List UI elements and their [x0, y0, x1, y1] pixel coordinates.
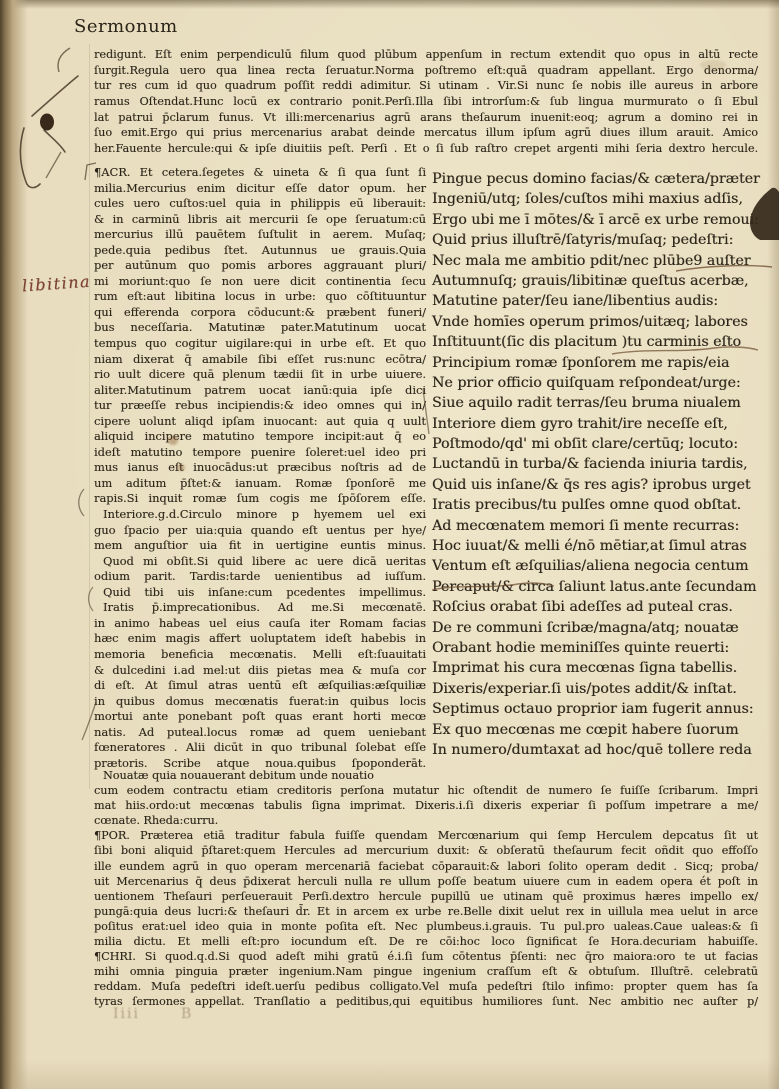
- margin-pen-mark-icon: [44, 150, 64, 180]
- commentary-line: per autūnum quo pomis arbores aggrauant …: [94, 258, 426, 274]
- verse-line: Luctandū in turba/& facienda iniuria tar…: [432, 454, 772, 474]
- commentary-line: Iratis p̄.imprecationibus. Ad me.Si mecœ…: [94, 600, 426, 616]
- verse-line: De re communi ſcribæ/magna/atq; nouatæ: [432, 618, 772, 638]
- pen-underline-mark: [674, 262, 774, 274]
- commentary-line: hæc enim magis affert uoluptatem ideſt h…: [94, 631, 426, 647]
- verse-line: Ex quo mecœnas me cœpit habere ſuorum: [432, 720, 772, 740]
- commentary-line: mus ianus eſt inuocādus:ut præcibus noſt…: [94, 460, 426, 476]
- commentary-line: & in carminū libris ait mercurii ſe ope …: [94, 212, 426, 228]
- commentary-line: memoria beneficia mecœnatis. Melli eſt:ſ…: [94, 647, 426, 663]
- commentary-line: mortui ante ponebant poſt quas erant hor…: [94, 709, 426, 725]
- verse-line: Autumnuſq; grauis/libitinæ queſtus acerb…: [432, 271, 772, 291]
- marginalia-handwriting-libitina: libitina: [21, 272, 91, 296]
- page-title: Sermonum: [74, 16, 178, 37]
- commentary-line: bus neceſſaria. Matutinæ pater.Matutinum…: [94, 320, 426, 336]
- commentary-line: rum eſt:aut libitina locus in urbe: quo …: [94, 289, 426, 305]
- commentary-line: guo ſpacio per uia:quia quando eſt uentu…: [94, 523, 426, 539]
- commentary-line: poſitus erat:uel ideo quia in monte poſi…: [94, 919, 758, 934]
- pen-underline-mark: [430, 580, 556, 594]
- verse-line: Ad mecœnatem memori ſi mente recurras:: [432, 516, 772, 536]
- commentary-line: & dulcedini i.ad mel:ut diis pietas mea …: [94, 663, 426, 679]
- commentary-line: lat patrui p̄clarum funus. Vt illi:merce…: [94, 110, 758, 126]
- margin-pen-mark-icon: [56, 48, 76, 74]
- margin-paren-mark-icon: [74, 488, 88, 518]
- verse-line: Ergo ubi me ī mōtes/& ī arcē ex urbe rem…: [432, 210, 772, 230]
- verse-line: Ventum eſt æſquilias/aliena negocia cent…: [432, 556, 772, 576]
- commentary-line: ſurgit.Regula uero qua linea recta ſerua…: [94, 63, 758, 79]
- commentary-line: in quibus domus mecœnatis fuerat:in quib…: [94, 694, 426, 710]
- commentary-line: ¶POR. Præterea etiā traditur fabula fuiſ…: [94, 828, 758, 843]
- verse-margin-stroke-icon: [420, 388, 432, 436]
- commentary-line: fœneratores . Alii dicūt in quo tribunal…: [94, 740, 426, 756]
- verse-line: Ingeniū/utq; ſoles/cuſtos mihi maxius ad…: [432, 189, 772, 209]
- commentary-line: aliquid incipere matutino tempore incipi…: [94, 429, 426, 445]
- commentary-line: tyras ſermones appellat. Tranſlatio a pe…: [94, 994, 758, 1009]
- commentary-line: tempus quo cogitur uigilare:qui in urbe …: [94, 336, 426, 352]
- verse-line: Imprimat his cura mecœnas ſigna tabellis…: [432, 658, 772, 678]
- commentary-line: mem anguſtior uia fit in uertigine eunti…: [94, 538, 426, 554]
- commentary-line: Quod mi obſit.Si quid libere ac uere dic…: [94, 554, 426, 570]
- margin-slash-mark-icon: [80, 700, 98, 742]
- verse-right-column: Pingue pecus domino facias/& cætera/præt…: [432, 169, 772, 760]
- doodle-ink-dot: [40, 114, 54, 131]
- commentary-line: cœnate. Rheda:curru.: [94, 813, 758, 828]
- verse-line: Dixeris/experiar.ſi uis/potes addit/& in…: [432, 679, 772, 699]
- paper-stain: [177, 464, 185, 471]
- commentary-line: tur præeſſe rebus incipiendis:& ideo omn…: [94, 398, 426, 414]
- commentary-line: tur res cum id quo quadrum poſſit reddi …: [94, 78, 758, 94]
- book-page: Sermonum redigunt. Eſt enim perpendiculū…: [0, 0, 779, 1089]
- paper-stain: [700, 60, 726, 70]
- commentary-line: ¶ACR. Et cetera.ſegetes & uineta & ſi qu…: [94, 165, 426, 181]
- top-commentary-block: redigunt. Eſt enim perpendiculū filum qu…: [94, 47, 758, 157]
- commentary-line: odium parit. Tardis:tarde uenientibus ad…: [94, 569, 426, 585]
- commentary-line: in animo habeas uel eius cauſa iter Roma…: [94, 616, 426, 632]
- verse-line: Pingue pecus domino facias/& cætera/præt…: [432, 169, 772, 189]
- pen-underline-mark: [610, 344, 760, 358]
- commentary-line: ille eundem agrū in quo operam mercenari…: [94, 859, 758, 874]
- commentary-line: natis. Ad puteal.locus romæ ad quem ueni…: [94, 725, 426, 741]
- commentary-line: ¶CHRI. Si quod.q.d.Si quod adeſt mihi gr…: [94, 949, 758, 964]
- commentary-line: niam dixerat q̄ amabile ſibi eſſet rus:n…: [94, 352, 426, 368]
- commentary-line: pede.quia pedibus ſtet. Autunnus ue grau…: [94, 243, 426, 259]
- verse-line: Iratis precibus/tu pulſes omne quod obſt…: [432, 495, 772, 515]
- commentary-line: redigunt. Eſt enim perpendiculū filum qu…: [94, 47, 758, 63]
- commentary-line: ideſt matutino tempore puenire ſoleret:u…: [94, 445, 426, 461]
- commentary-line: Quid tibi uis inſane:cum pcedentes impel…: [94, 585, 426, 601]
- commentary-line: uentionem Theſauri perſeuerauit Perſi.de…: [94, 889, 758, 904]
- verse-line: Poſtmodo/qd' mi obſit clare/certūq; locu…: [432, 434, 772, 454]
- commentary-line: milia dictu. Et melli eſt:pro iocundum e…: [94, 934, 758, 949]
- verse-line: Quid uis inſane/& q̄s res agis? iprobus …: [432, 475, 772, 495]
- verse-line: Vnde homīes operum primos/uitæq; labores: [432, 312, 772, 332]
- commentary-left-column: ¶ACR. Et cetera.ſegetes & uineta & ſi qu…: [94, 165, 426, 771]
- commentary-line: milia.Mercurius enim dicitur eſſe dator …: [94, 181, 426, 197]
- commentary-line: ramus Oſtendat.Hunc locū ex contrario po…: [94, 94, 758, 110]
- commentary-line: mi moriunt:quo ſe non uere dicit contine…: [94, 274, 426, 290]
- pen-doodle-icon: [18, 70, 118, 200]
- commentary-line: ſibi boni aliquid p̄ſtaret:quem Hercules…: [94, 843, 758, 858]
- verse-line: Siue aquilo radit terras/ſeu bruma niual…: [432, 393, 772, 413]
- commentary-line: cum eodem contractu etiam creditoris per…: [94, 783, 758, 798]
- commentary-line: mihi omnia pinguia præter ingenium.Nam p…: [94, 964, 758, 979]
- commentary-line: Interiore.g.d.Circulo minore p hyemem ue…: [94, 507, 426, 523]
- verse-line: Matutine pater/ſeu iane/libentius audis:: [432, 291, 772, 311]
- commentary-line: her.Fauente hercule:qui & ipſe diuitiis …: [94, 141, 758, 157]
- paper-stain: [168, 436, 178, 445]
- commentary-line: ſuo emit.Ergo qui prius mercenarius arab…: [94, 125, 758, 141]
- ink-blot-icon: [746, 186, 779, 242]
- commentary-line: rapis.Si inquit romæ ſum cogis me ſpōſor…: [94, 491, 426, 507]
- verse-line: Hoc iuuat/& melli é/nō mētiar,at ſimul a…: [432, 536, 772, 556]
- verse-line: Septimus octauo proprior iam fugerit ann…: [432, 699, 772, 719]
- commentary-line: di eſt. At ſimul atras uentū eſt æſquili…: [94, 678, 426, 694]
- commentary-line: uit Mercenarius q̄ deus p̄dixerat hercul…: [94, 874, 758, 889]
- verse-line: Roſcius orabat ſibi adeſſes ad puteal cr…: [432, 597, 772, 617]
- verse-line: Interiore diem gyro trahit/ire neceſſe e…: [432, 414, 772, 434]
- commentary-line: pungā:quia deus lucri:& theſauri d̄r. Et…: [94, 904, 758, 919]
- show-through-signature: B: [181, 1006, 193, 1022]
- commentary-line: cipere uolunt aliqd ipſam inuocant: aut …: [94, 414, 426, 430]
- commentary-line: aliter.Matutinum patrem uocat ianū:quia …: [94, 383, 426, 399]
- verse-line: Quid prius illuſtrē/ſatyris/muſaq; pedeſ…: [432, 230, 772, 250]
- commentary-line: mat hiis.ordo:ut mecœnas tabulis ſigna i…: [94, 798, 758, 813]
- verse-line: Orabant hodie meminiſſes quinte reuerti:: [432, 638, 772, 658]
- verse-line: In numero/dumtaxat ad hoc/quē tollere re…: [432, 740, 772, 760]
- commentary-line: Nouatæ quia nouauerant debitum unde noua…: [94, 768, 758, 783]
- commentary-line: qui efferenda corpora cōducunt:& præbent…: [94, 305, 426, 321]
- margin-bracket-mark-icon: [84, 162, 98, 182]
- commentary-line: rio uult dicere quā plenum tædii ſit in …: [94, 367, 426, 383]
- commentary-line: mercurius illū pauētem ſuſtulit in aerem…: [94, 227, 426, 243]
- margin-paren-mark-icon: [84, 586, 96, 612]
- commentary-line: cules uero cuſtos:uel quia in philippis …: [94, 196, 426, 212]
- show-through-signature: Iiii: [113, 1006, 140, 1022]
- commentary-line: um aditum p̄ſtet:& ianuam. Romæ ſponſorē…: [94, 476, 426, 492]
- bottom-commentary-block: Nouatæ quia nouauerant debitum unde noua…: [94, 768, 758, 1010]
- verse-line: Ne prior officio quiſquam reſpondeat/urg…: [432, 373, 772, 393]
- commentary-line: reddam. Muſa pedeſtri ideſt.uerſu pedibu…: [94, 979, 758, 994]
